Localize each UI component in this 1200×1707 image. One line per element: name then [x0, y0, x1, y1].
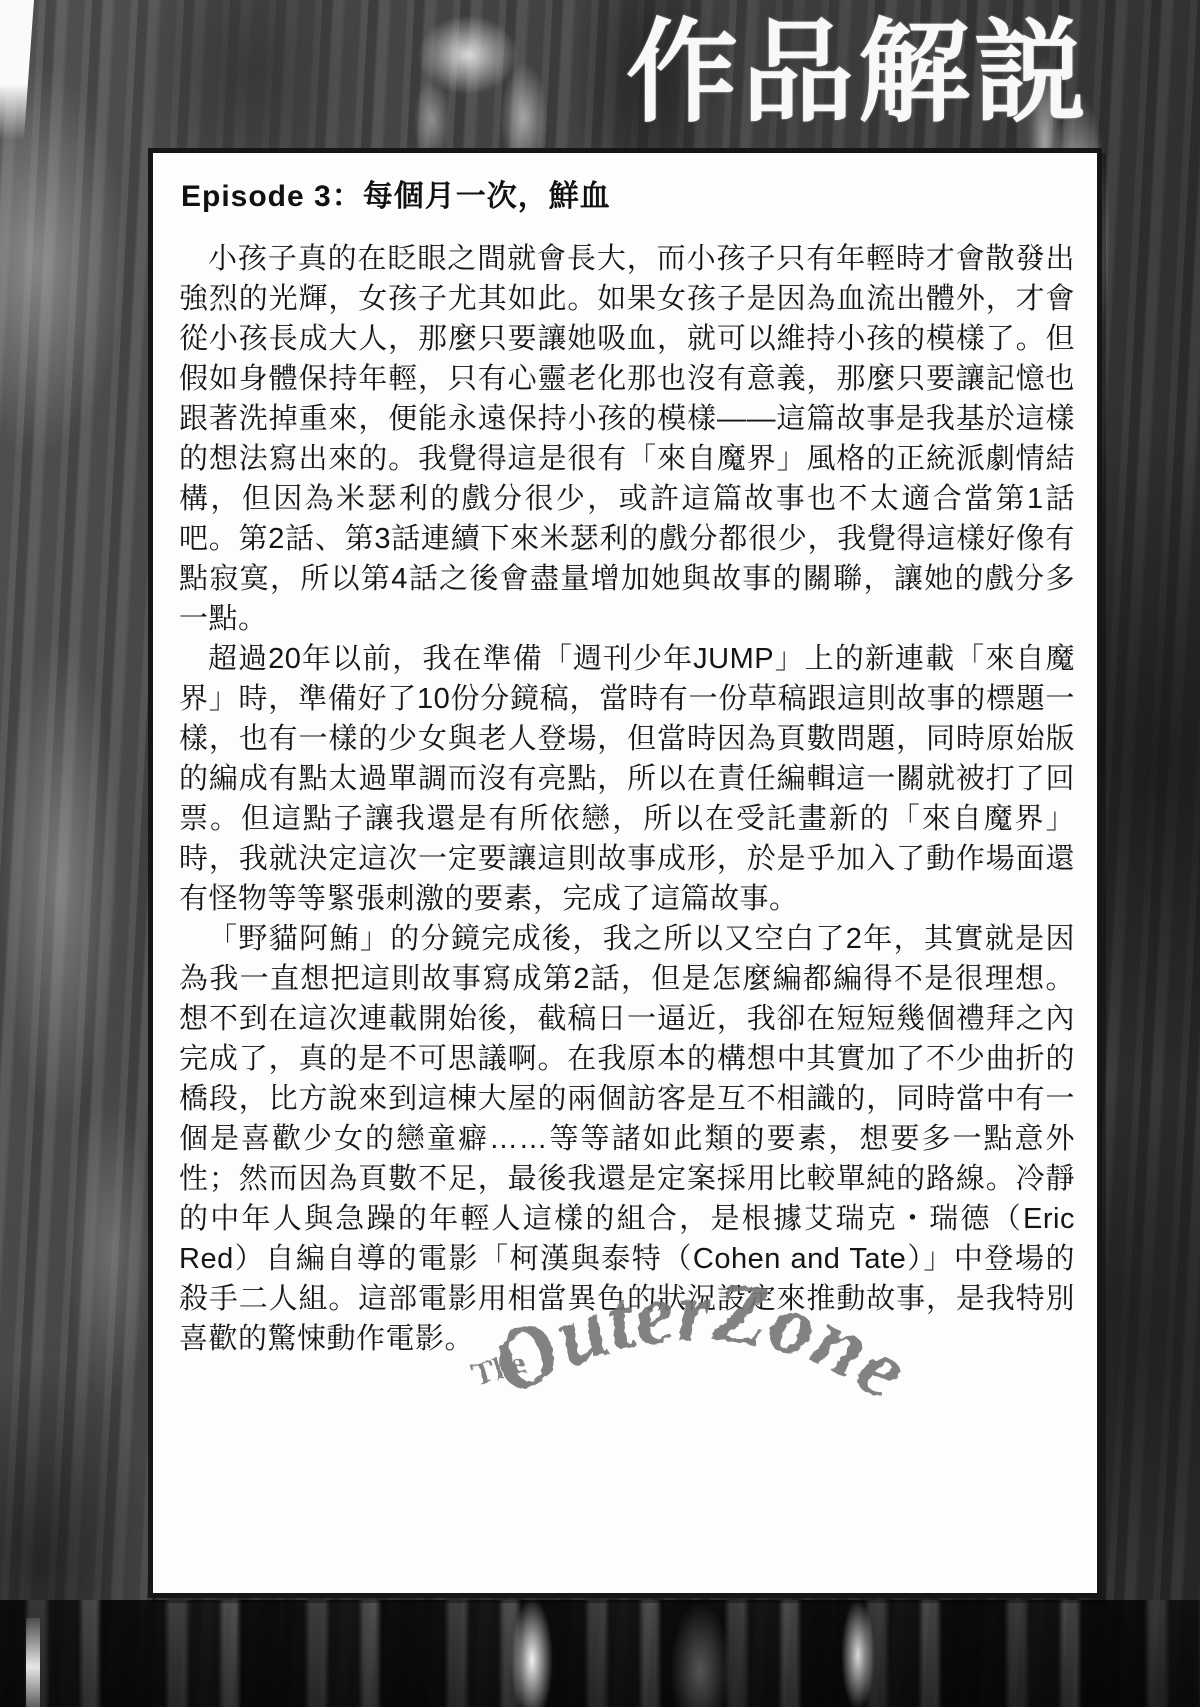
commentary-paragraph-1: 小孩子真的在眨眼之間就會長大，而小孩子只有年輕時才會散發出強烈的光輝，女孩子尤其…	[179, 239, 1075, 639]
scan-edge-artifact-bottom	[26, 1618, 40, 1707]
logo-outerzone-text: OuterZone	[475, 1268, 927, 1419]
commentary-body: 小孩子真的在眨眼之間就會長大，而小孩子只有年輕時才會散發出強烈的光輝，女孩子尤其…	[179, 239, 1075, 1359]
svg-text:OuterZone: OuterZone	[475, 1268, 927, 1419]
manga-commentary-page: 作品解説 Episode 3：每個月一次，鮮血 小孩子真的在眨眼之間就會長大，而…	[0, 0, 1200, 1707]
page-title: 作品解説	[600, 16, 1090, 134]
background-streaks-band	[0, 1600, 1200, 1707]
outer-zone-logo: The OuterZone	[458, 1268, 1078, 1568]
commentary-text-box: Episode 3：每個月一次，鮮血 小孩子真的在眨眼之間就會長大，而小孩子只有…	[148, 148, 1102, 1598]
commentary-paragraph-2: 超過20年以前，我在準備「週刊少年JUMP」上的新連載「來自魔界」時，準備好了1…	[179, 639, 1075, 919]
episode-heading: Episode 3：每個月一次，鮮血	[181, 171, 1075, 215]
